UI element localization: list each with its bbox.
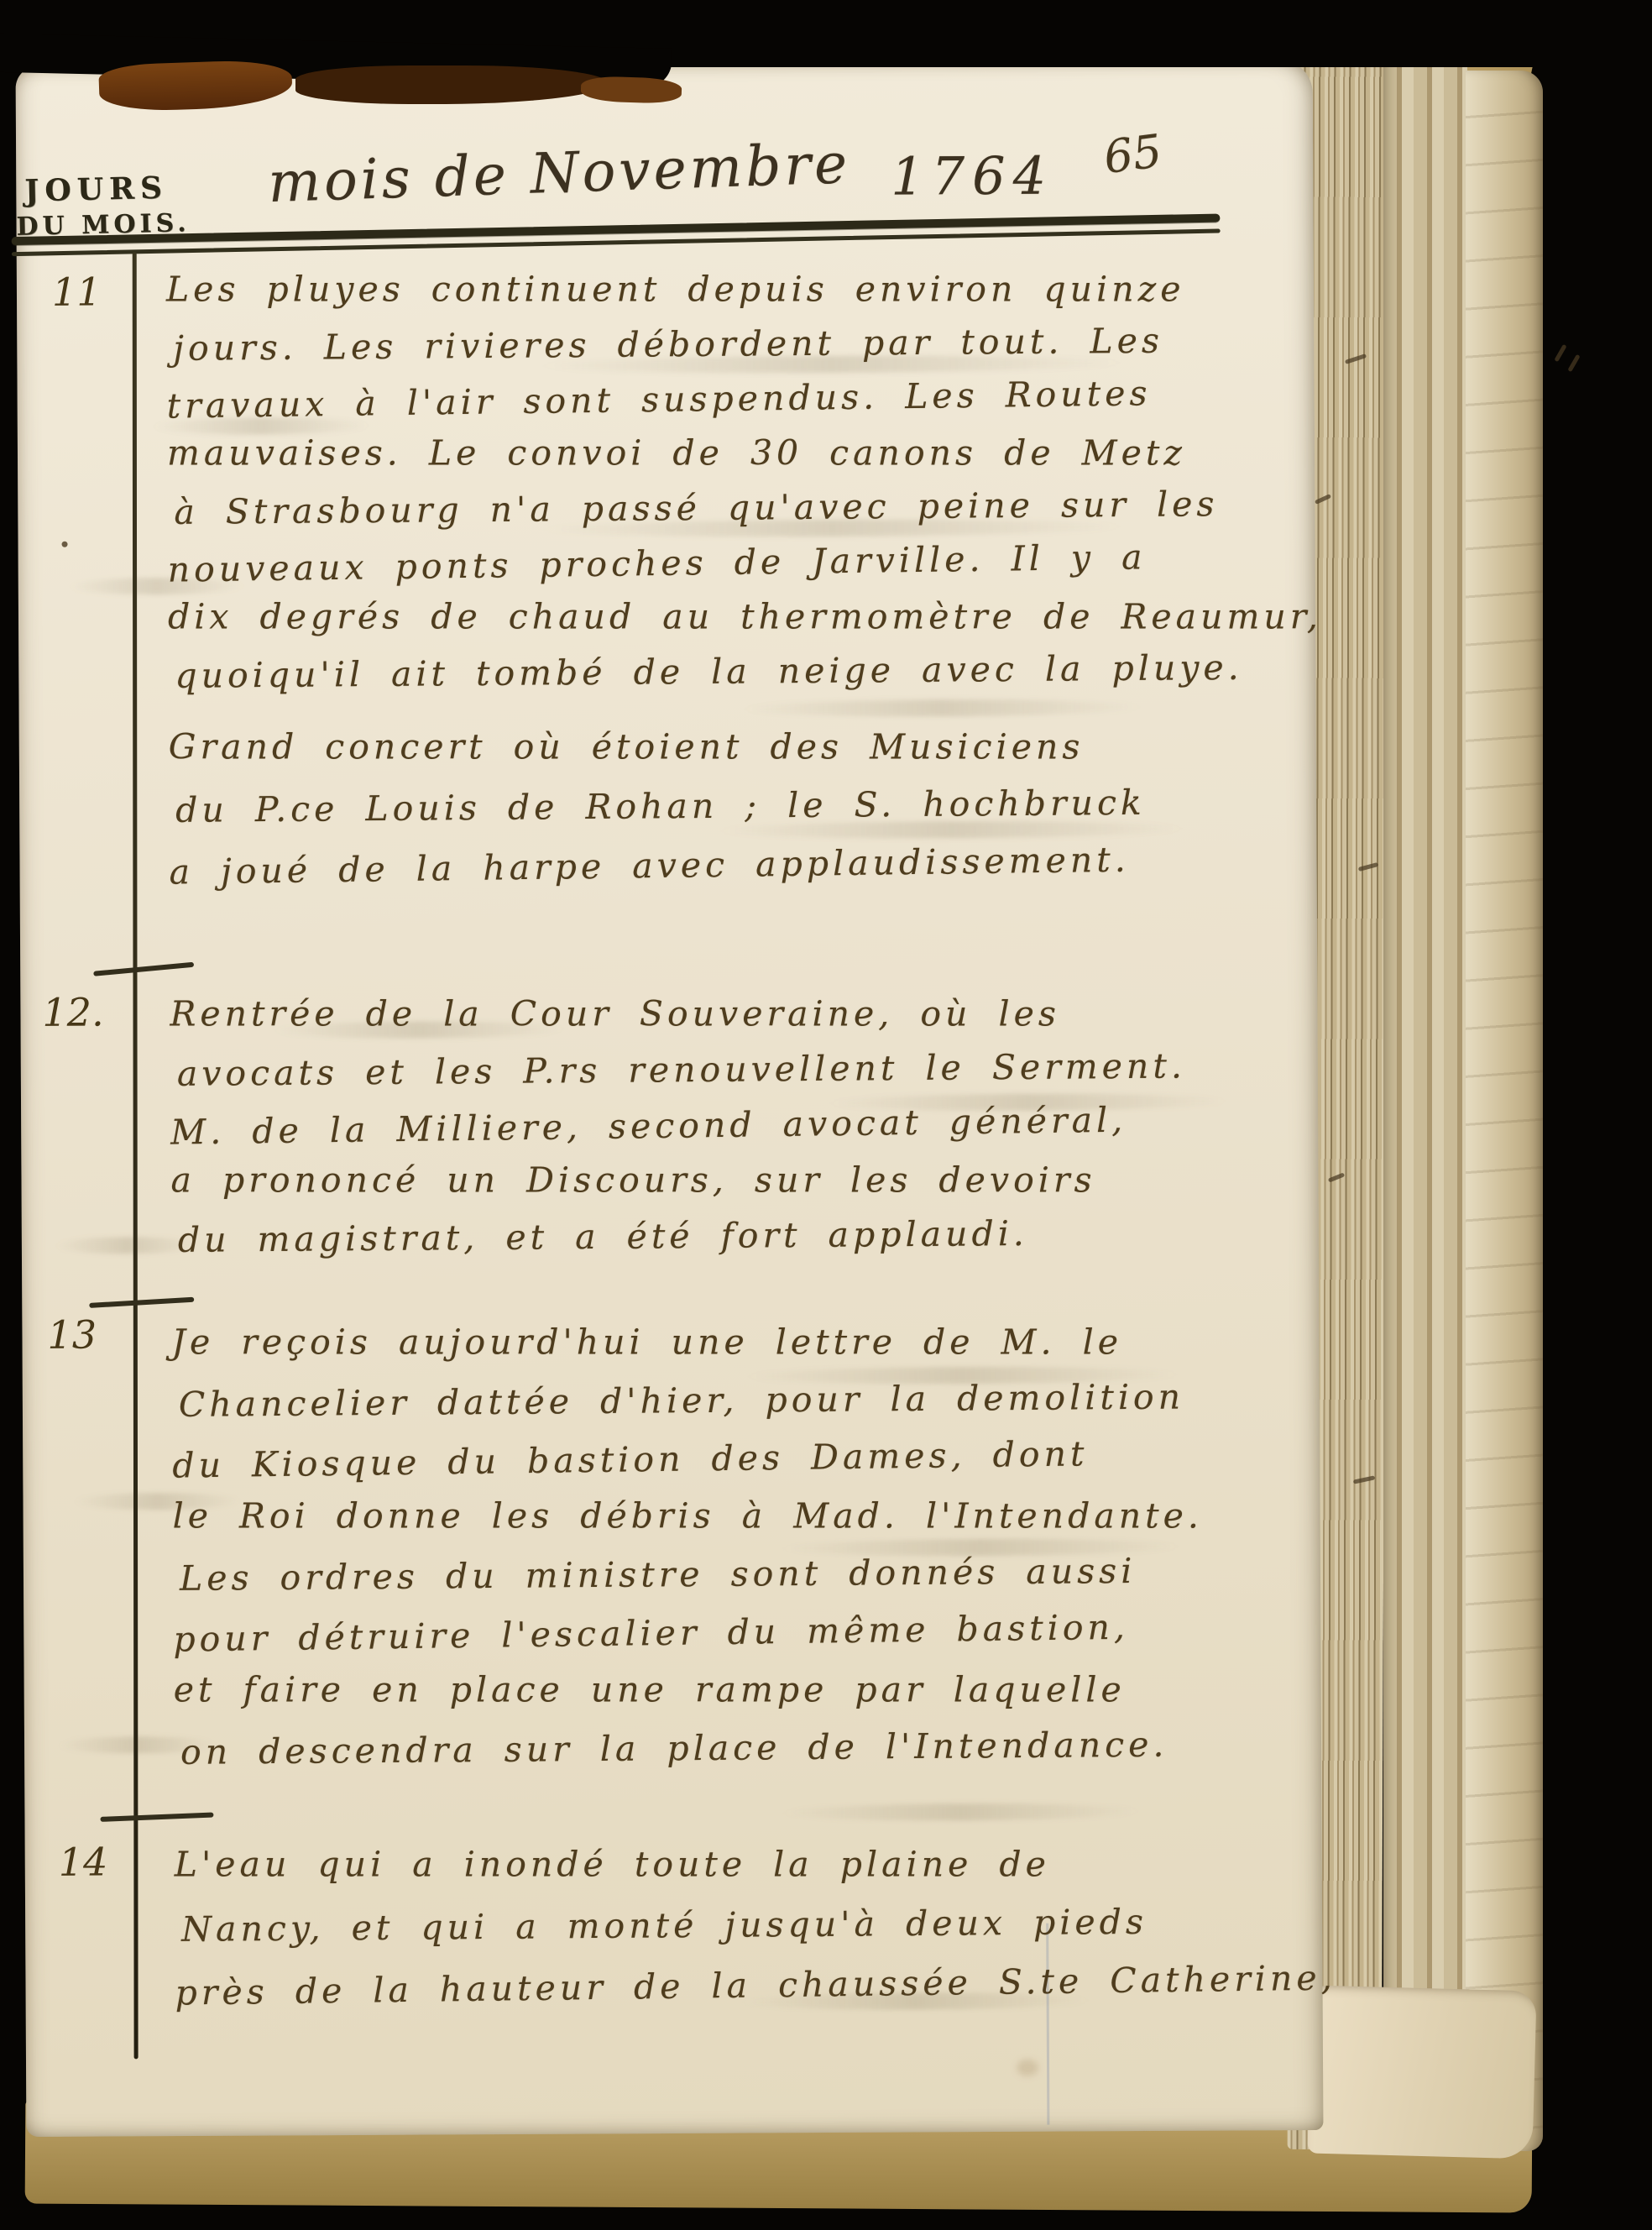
entry-13-paragraph-1: Je reçois aujourd'hui une lettre de M. l…	[171, 1311, 1349, 1780]
day-number-12: 12.	[42, 990, 103, 1035]
ink-stain	[1017, 2060, 1038, 2076]
manuscript-line: on descendra sur la place de l'Intendanc…	[180, 1714, 1349, 1782]
manuscript-line: L'eau qui a inondé toute la plaine de	[175, 1834, 1350, 1894]
manuscript-line: Les pluyes continuent depuis environ qui…	[166, 262, 1341, 317]
entry-separator-tick	[89, 1297, 194, 1308]
manuscript-line: quoiqu'il ait tombé de la neige avec la …	[175, 640, 1343, 704]
manuscript-page: JOURS DU MOIS. mois de Novembre 1764 65 …	[16, 60, 1324, 2137]
header-double-rule	[12, 214, 1221, 257]
manuscript-line: Grand concert où étoient des Musiciens	[169, 717, 1344, 776]
entry-11-paragraph-2: Grand concert où étoient des Musiciens d…	[169, 715, 1345, 897]
entry-12-paragraph-1: Rentrée de la Cour Souveraine, où les av…	[170, 983, 1346, 1266]
manuscript-line: du Kiosque du bastion des Dames, dont	[172, 1421, 1348, 1495]
show-through-smudge	[741, 699, 1144, 718]
margin-dot	[62, 542, 68, 547]
manuscript-line: Rentrée de la Cour Souveraine, où les	[170, 986, 1345, 1041]
manuscript-line: et faire en place une rampe par laquelle	[174, 1661, 1349, 1719]
manuscript-line: le Roi donne les débris à Mad. l'Intenda…	[173, 1487, 1348, 1545]
manuscript-line: Je reçois aujourd'hui une lettre de M. l…	[172, 1313, 1347, 1371]
manuscript-line: dix degrés de chaud au thermomètre de Re…	[168, 589, 1343, 644]
page-number: 65	[1100, 124, 1164, 184]
manuscript-line: pour détruire l'escalier du même bastion…	[173, 1595, 1349, 1668]
manuscript-line: près de la hauteur de la chaussée S.te C…	[175, 1947, 1351, 2023]
manuscript-line: du magistrat, et a été fort applaudi.	[178, 1203, 1346, 1268]
fore-edge-stripes-middle	[1383, 55, 1467, 2148]
month-title: mois de Novembre	[267, 131, 851, 215]
fore-edge-stripes-outer	[1466, 71, 1543, 2151]
ink-fragment	[1554, 344, 1566, 363]
manuscript-line: mauvaises. Le convoi de 30 canons de Met…	[167, 426, 1342, 480]
printed-days-label-line1: JOURS	[24, 170, 169, 209]
entry-separator-tick	[100, 1813, 213, 1822]
entry-11-paragraph-1: Les pluyes continuent depuis environ qui…	[166, 259, 1344, 702]
manuscript-line: a prononcé un Discours, sur les devoirs	[171, 1152, 1346, 1207]
day-number-14: 14	[59, 1840, 108, 1885]
day-number-13: 13	[47, 1312, 97, 1358]
margin-vertical-rule	[133, 252, 139, 2059]
day-number-11: 11	[52, 270, 102, 315]
manuscript-line: a joué de la harpe avec applaudissement.	[169, 827, 1345, 901]
entry-separator-tick	[93, 962, 194, 976]
scanned-book-photo: JOURS DU MOIS. mois de Novembre 1764 65 …	[0, 0, 1652, 2230]
year: 1764	[891, 145, 1053, 207]
ink-fragment	[1567, 354, 1580, 373]
show-through-smudge	[780, 1803, 1141, 1821]
entry-14-paragraph-1: L'eau qui a inondé toute la plaine de Na…	[175, 1831, 1351, 2018]
